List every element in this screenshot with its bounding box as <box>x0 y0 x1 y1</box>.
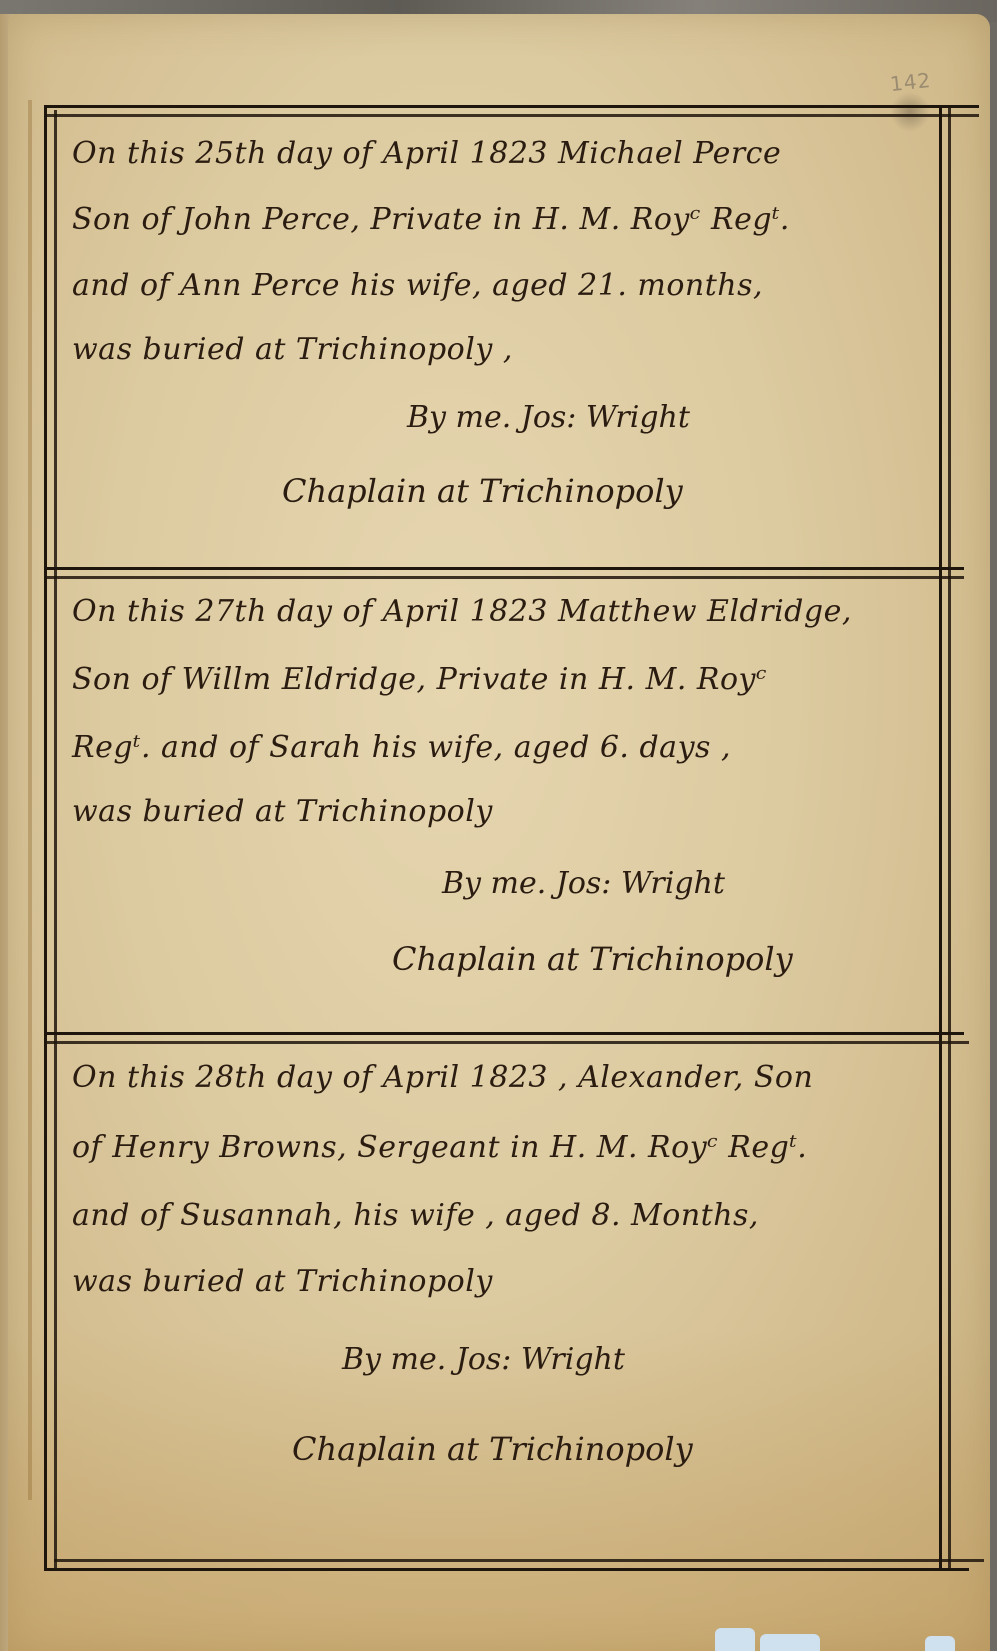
burial-entry-1: On this 25th day of April 1823 Michael P… <box>62 118 932 566</box>
entry-2-chaplain-title: Chaplain at Trichinopoly <box>392 940 793 978</box>
paper-tear <box>760 1634 820 1651</box>
entry-3-line-4: was buried at Trichinopoly <box>72 1264 493 1299</box>
entry-1-signature: By me. Jos: Wright <box>407 400 690 435</box>
entry-1-line-1: On this 25th day of April 1823 Michael P… <box>72 136 781 171</box>
burial-entry-3: On this 28th day of April 1823 , Alexand… <box>62 1046 932 1556</box>
entry-3-chaplain-title: Chaplain at Trichinopoly <box>292 1430 693 1468</box>
entry-divider-1-a <box>44 567 964 570</box>
paper-tear <box>715 1628 755 1651</box>
frame-right-outer <box>948 105 951 1570</box>
frame-left-outer <box>44 105 47 1570</box>
entry-2-line-4: was buried at Trichinopoly <box>72 794 493 829</box>
entry-divider-2-a <box>44 1032 964 1035</box>
frame-top-outer <box>44 105 979 108</box>
entry-2-line-3: Regᵗ. and of Sarah his wife, aged 6. day… <box>72 730 731 765</box>
entry-2-signature: By me. Jos: Wright <box>442 866 725 901</box>
entry-3-line-1: On this 28th day of April 1823 , Alexand… <box>72 1060 813 1095</box>
frame-bottom-inner <box>54 1559 984 1562</box>
entry-1-line-3: and of Ann Perce his wife, aged 21. mont… <box>72 268 763 303</box>
entry-3-signature: By me. Jos: Wright <box>342 1342 625 1377</box>
entry-divider-2-b <box>44 1041 969 1044</box>
entry-divider-1-b <box>44 576 964 579</box>
frame-bottom-outer <box>44 1568 969 1571</box>
entry-3-line-2: of Henry Browns, Sergeant in H. M. Royᶜ … <box>72 1130 807 1165</box>
entry-1-line-4: was buried at Trichinopoly , <box>72 332 513 367</box>
entry-1-chaplain-title: Chaplain at Trichinopoly <box>282 472 683 510</box>
entry-1-line-2: Son of John Perce, Private in H. M. Royᶜ… <box>72 202 790 237</box>
frame-left-inner <box>54 110 57 1568</box>
burial-entry-2: On this 27th day of April 1823 Matthew E… <box>62 580 932 1030</box>
entry-3-line-3: and of Susannah, his wife , aged 8. Mont… <box>72 1198 759 1233</box>
frame-right-inner <box>939 105 942 1570</box>
margin-rule <box>28 100 32 1500</box>
frame-top-inner <box>44 114 979 117</box>
paper-tear <box>925 1636 955 1651</box>
entry-2-line-1: On this 27th day of April 1823 Matthew E… <box>72 594 852 629</box>
entry-2-line-2: Son of Willm Eldridge, Private in H. M. … <box>72 662 767 697</box>
